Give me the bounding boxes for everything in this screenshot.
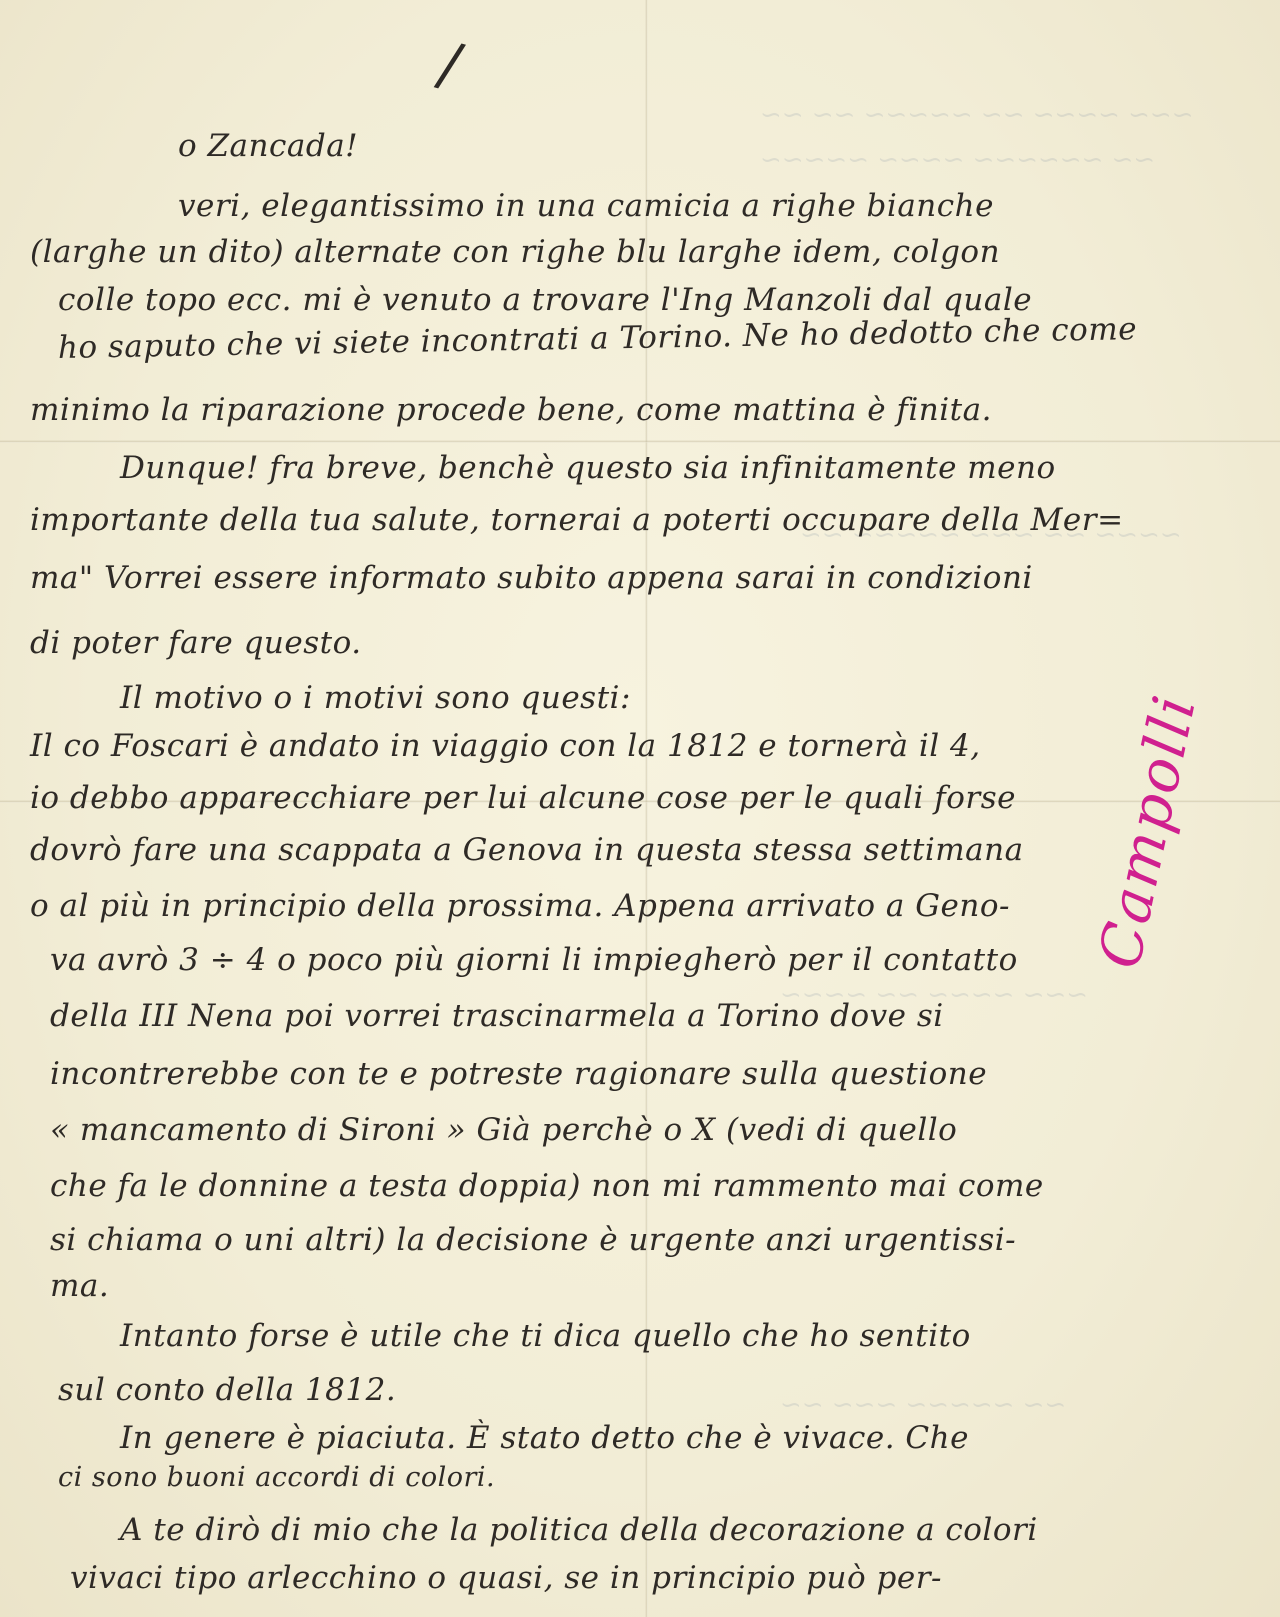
- letter-line: Dunque! fra breve, benchè questo sia inf…: [120, 450, 1056, 486]
- bleed-through-text: ~~ ~~~~~~ ~~~~ ~~~~~: [760, 145, 1155, 175]
- letter-line: si chiama o uni altri) la decisione è ur…: [50, 1222, 1016, 1258]
- letter-line: colle topo ecc. mi è venuto a trovare l'…: [58, 282, 1032, 318]
- letter-line: importante della tua salute, tornerai a …: [30, 502, 1124, 538]
- salutation: o Zancada!: [178, 128, 358, 164]
- letter-line: (larghe un dito) alternate con righe blu…: [30, 234, 1000, 270]
- letter-line: o al più in principio della prossima. Ap…: [30, 888, 1010, 924]
- letter-line: ma" Vorrei essere informato subito appen…: [30, 560, 1033, 596]
- letter-line: ho saputo che vi siete incontrati a Tori…: [58, 311, 1138, 366]
- letter-line: della III Nena poi vorrei trascinarmela …: [50, 998, 944, 1034]
- letter-page: ~~~ ~~~~ ~~ ~~~~~ ~~ ~~ ~~ ~~~~~~ ~~~~ ~…: [0, 0, 1280, 1617]
- letter-line: minimo la riparazione procede bene, come…: [30, 392, 992, 428]
- letter-line: A te dirò di mio che la politica della d…: [120, 1512, 1038, 1548]
- horizontal-fold-line: [0, 440, 1280, 443]
- letter-line: di poter fare questo.: [30, 625, 362, 661]
- bleed-through-text: ~~ ~~~~~ ~~~ ~~: [780, 1390, 1066, 1420]
- letter-line: vivaci tipo arlecchino o quasi, se in pr…: [70, 1560, 942, 1596]
- letter-line: va avrò 3 ÷ 4 o poco più giorni li impie…: [50, 942, 1018, 978]
- letter-line: Intanto forse è utile che ti dica quello…: [120, 1318, 971, 1354]
- letter-line: dovrò fare una scappata a Genova in ques…: [30, 832, 1024, 868]
- letter-line: Il motivo o i motivi sono questi:: [120, 680, 631, 716]
- letter-line: Il co Foscari è andato in viaggio con la…: [30, 728, 981, 764]
- letter-line: che fa le donnine a testa doppia) non mi…: [50, 1168, 1044, 1204]
- letter-line: incontrerebbe con te e potreste ragionar…: [50, 1056, 987, 1092]
- letter-line: In genere è piaciuta. È stato detto che …: [120, 1420, 969, 1456]
- letter-line: ma.: [50, 1268, 109, 1304]
- bleed-through-text: ~~~ ~~~~ ~~ ~~~~~ ~~ ~~: [760, 100, 1193, 130]
- pen-stroke-mark: /: [431, 29, 469, 102]
- letter-line: « mancamento di Sironi » Già perchè o X …: [50, 1112, 957, 1148]
- letter-line: io debbo apparecchiare per lui alcune co…: [30, 780, 1016, 816]
- letter-line: veri, elegantissimo in una camicia a rig…: [178, 188, 994, 224]
- margin-annotation: Campolli: [1085, 688, 1209, 974]
- letter-line: sul conto della 1812.: [58, 1372, 396, 1408]
- letter-line: ci sono buoni accordi di colori.: [58, 1462, 495, 1493]
